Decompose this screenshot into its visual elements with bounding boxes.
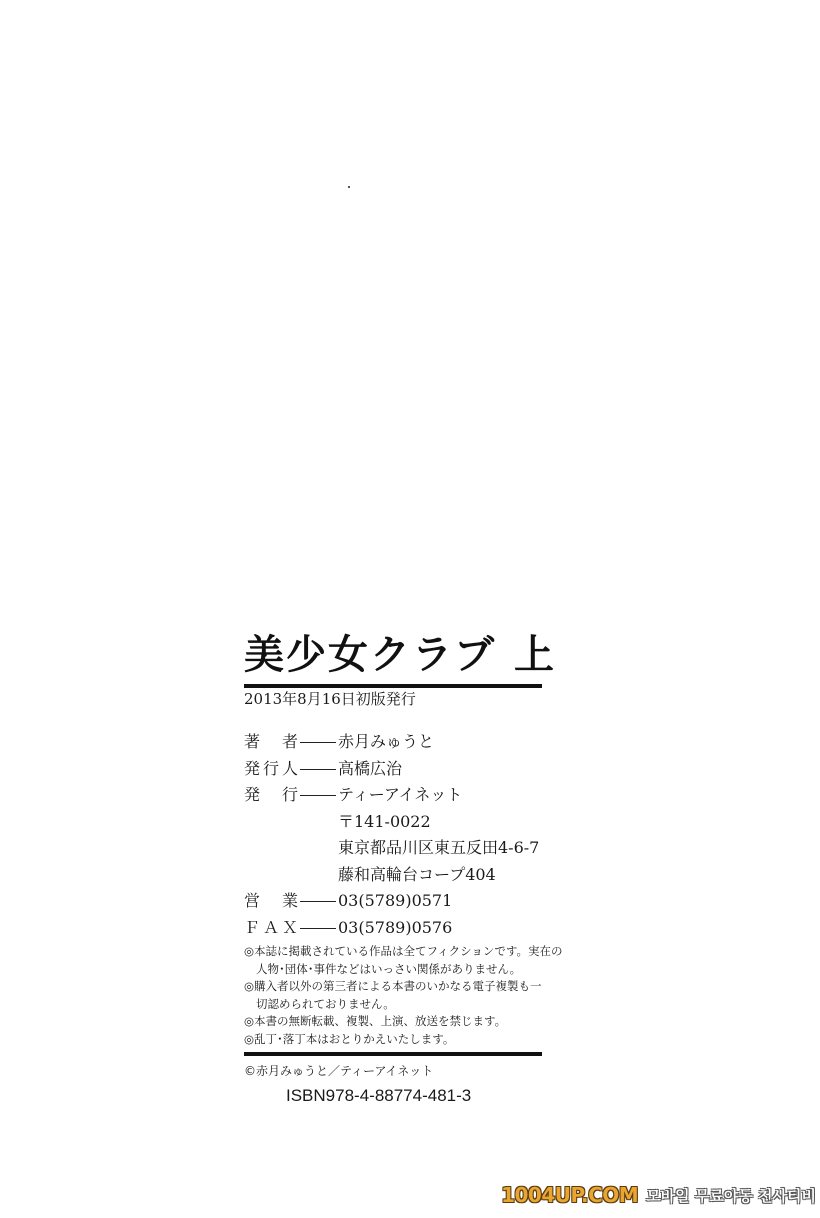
address-postal: 〒141-0022 <box>244 809 544 836</box>
contact-label: ＦＡＸ <box>244 915 298 942</box>
note-fiction: ◎本誌に掲載されている作品は全てフィクションです。実在の 人物･団体･事件などは… <box>244 943 544 978</box>
watermark: 1004UP.COM 모바일 무료야동 천사티비 <box>501 1183 816 1207</box>
contact-sales: 営 業03(5789)0571 <box>244 888 544 915</box>
contact-label: 営 業 <box>244 888 298 915</box>
credit-value: 高橋広治 <box>338 756 402 783</box>
book-title: 美少女クラブ上 <box>244 630 544 680</box>
scan-speck <box>348 186 350 188</box>
address-line1-text: 東京都品川区東五反田4-6-7 <box>338 835 539 862</box>
isbn: ISBN978-4-88774-481-3 <box>244 1085 544 1107</box>
watermark-tagline: 모바일 무료야동 천사티비 <box>646 1185 816 1206</box>
bottom-rule <box>244 1052 542 1056</box>
indent <box>244 809 338 836</box>
dash-separator <box>298 888 338 915</box>
credit-label: 発 行 <box>244 782 298 809</box>
note-line: ◎本誌に掲載されている作品は全てフィクションです。実在の <box>244 944 562 958</box>
credit-publisher: 発 行ティーアイネット <box>244 782 544 809</box>
dash-separator <box>298 915 338 942</box>
contact-value: 03(5789)0576 <box>338 915 452 942</box>
publication-date: 2013年8月16日初版発行 <box>244 689 544 709</box>
note-line: 人物･団体･事件などはいっさい関係がありません。 <box>244 961 544 979</box>
colophon: 美少女クラブ上 2013年8月16日初版発行 著 者赤月みゅうと 発行人高橋広治… <box>244 630 544 1107</box>
title-rule <box>244 684 542 688</box>
dash-separator <box>298 756 338 783</box>
watermark-logo: 1004UP.COM <box>501 1183 638 1207</box>
dash-separator <box>298 729 338 756</box>
note-line: ◎本書の無断転載、複製、上演、放送を禁じます。 <box>244 1014 506 1028</box>
contact-value: 03(5789)0571 <box>338 888 452 915</box>
credit-value: 赤月みゅうと <box>338 729 434 756</box>
indent <box>244 862 338 889</box>
credit-author: 著 者赤月みゅうと <box>244 729 544 756</box>
credits: 著 者赤月みゅうと 発行人高橋広治 発 行ティーアイネット 〒141-0022 … <box>244 729 544 941</box>
copyright: ©赤月みゅうと／ティーアイネット <box>244 1061 544 1081</box>
address-line1: 東京都品川区東五反田4-6-7 <box>244 835 544 862</box>
title-main: 美少女クラブ <box>244 631 496 678</box>
note-line: ◎乱丁･落丁本はおとりかえいたします。 <box>244 1032 454 1046</box>
note-digital-copy: ◎購入者以外の第三者による本書のいかなる電子複製も一 切認められておりません。 <box>244 978 544 1013</box>
indent <box>244 835 338 862</box>
contact-fax: ＦＡＸ03(5789)0576 <box>244 915 544 942</box>
legal-notes: ◎本誌に掲載されている作品は全てフィクションです。実在の 人物･団体･事件などは… <box>244 943 544 1048</box>
note-reproduction: ◎本書の無断転載、複製、上演、放送を禁じます。 <box>244 1013 544 1031</box>
title-volume: 上 <box>514 631 556 678</box>
note-misprint: ◎乱丁･落丁本はおとりかえいたします。 <box>244 1031 544 1049</box>
note-line: ◎購入者以外の第三者による本書のいかなる電子複製も一 <box>244 979 542 993</box>
credit-label: 著 者 <box>244 729 298 756</box>
credit-label: 発行人 <box>244 756 298 783</box>
credit-value: ティーアイネット <box>338 782 462 809</box>
dash-separator <box>298 782 338 809</box>
credit-publisher-person: 発行人高橋広治 <box>244 756 544 783</box>
note-line: 切認められておりません。 <box>244 996 544 1014</box>
postal-code: 〒141-0022 <box>338 809 431 836</box>
address-line2: 藤和高輪台コープ404 <box>244 862 544 889</box>
address-line2-text: 藤和高輪台コープ404 <box>338 862 496 889</box>
